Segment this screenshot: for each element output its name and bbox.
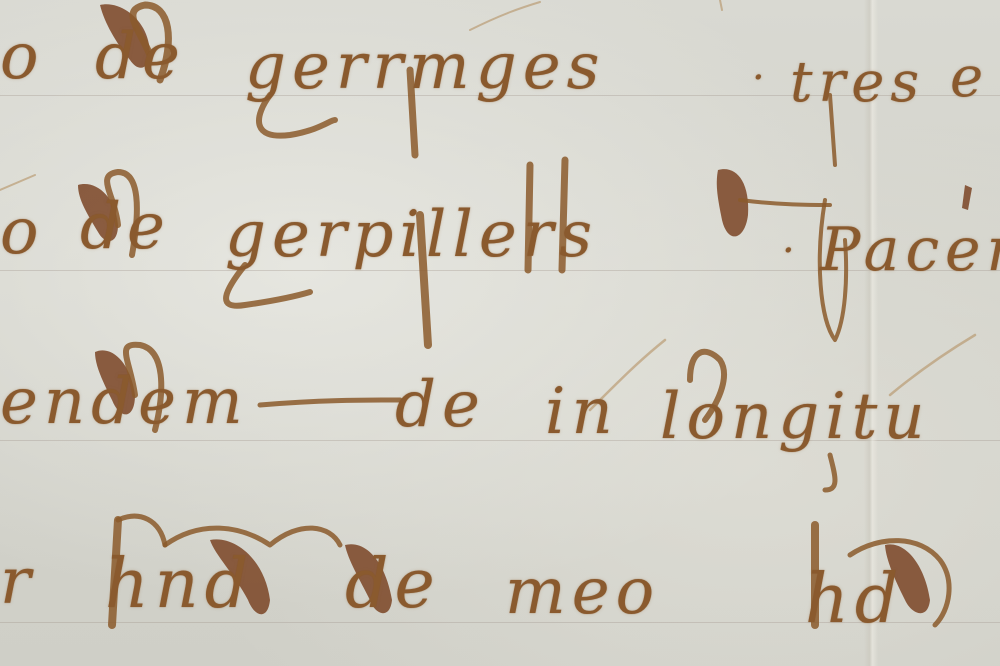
word: longitu xyxy=(660,380,931,454)
word: hnd xyxy=(105,545,254,624)
word: tres xyxy=(790,50,925,115)
word: de xyxy=(95,20,186,94)
word: r xyxy=(0,545,37,619)
word: de xyxy=(345,545,441,624)
word: in xyxy=(545,375,619,449)
word-separator: · xyxy=(752,55,771,101)
word: de xyxy=(80,190,171,264)
word: o xyxy=(0,20,45,94)
word: de xyxy=(395,368,486,442)
word: Pacen xyxy=(820,215,1000,285)
parchment-page: o de gerrmges · tres e o de gerpillers ·… xyxy=(0,0,1000,666)
word-separator: · xyxy=(782,228,801,274)
word: gerrmges xyxy=(245,30,605,104)
word: meo xyxy=(505,555,660,629)
word: o xyxy=(0,195,45,269)
word: hd xyxy=(805,560,904,639)
word: e xyxy=(950,45,989,110)
word: endem xyxy=(0,365,249,439)
word: gerpillers xyxy=(225,198,598,272)
